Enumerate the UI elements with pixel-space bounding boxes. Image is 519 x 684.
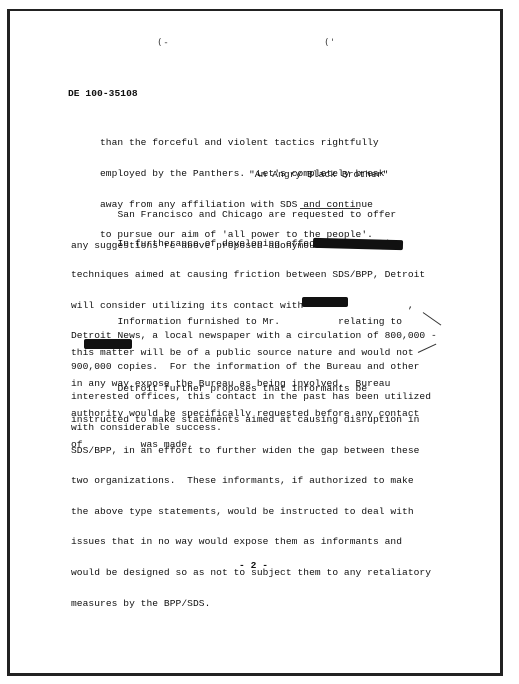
- redaction-block: [302, 297, 348, 307]
- page-number: - 2 -: [239, 561, 268, 571]
- quote-line: than the forceful and violent tactics ri…: [100, 138, 385, 148]
- redaction-block: [84, 339, 132, 349]
- paragraph-line: two organizations. These informants, if …: [71, 476, 431, 486]
- paragraph-line: techniques aimed at causing friction bet…: [71, 270, 437, 280]
- paragraph-line: this matter will be of a public source n…: [71, 348, 419, 358]
- underline-mark: [300, 208, 360, 209]
- paragraph-line: the above type statements, would be inst…: [71, 507, 431, 517]
- top-mark-left: ( -: [158, 38, 168, 48]
- paragraph-4: Detroit further proposes that informants…: [71, 364, 431, 619]
- file-number: DE 100-35108: [68, 89, 138, 99]
- paragraph-line: Detroit further proposes that informants…: [71, 384, 431, 394]
- paragraph-line: SDS/BPP, in an effort to further widen t…: [71, 446, 431, 456]
- signature: "An Angry Black Brother": [249, 170, 388, 180]
- paragraph-line: Information furnished to Mr. relating to: [71, 317, 419, 327]
- paragraph-line: measures by the BPP/SDS.: [71, 599, 431, 609]
- paragraph-line: issues that in no way would expose them …: [71, 537, 431, 547]
- paragraph-line: instructed to make statements aimed at c…: [71, 415, 431, 425]
- top-mark-right: ( ': [325, 38, 334, 48]
